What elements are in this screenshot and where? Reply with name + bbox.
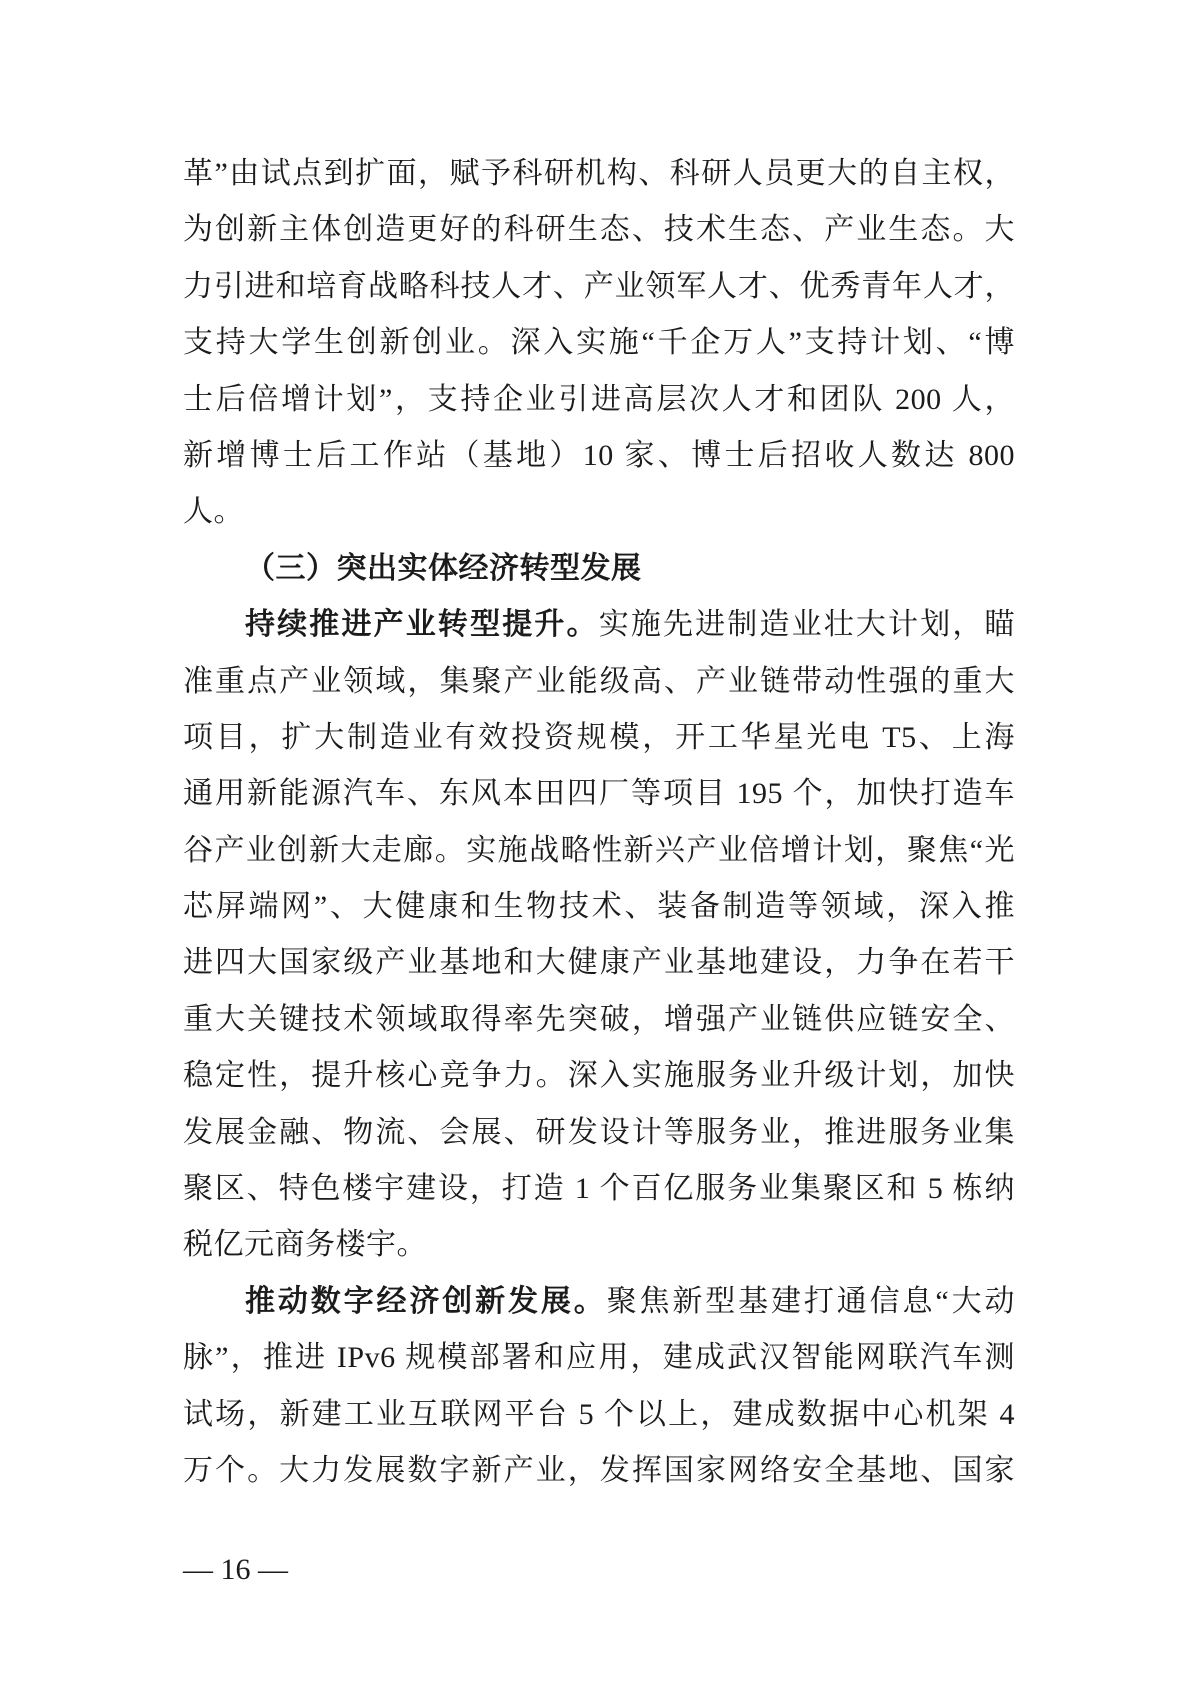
document-page: 革”由试点到扩面，赋予科研机构、科研人员更大的自主权，为创新主体创造更好的科研生… [0,0,1199,1696]
text-run: 通用新能源汽车、东风本田四厂等项目 195 个，加快打造车 [183,777,1015,810]
text-run: 进四大国家级产业基地和大健康产业基地建设，力争在若干 [183,946,1015,979]
text-run: 实施先进制造业壮大计划，瞄 [599,608,1015,641]
text-run: 脉”，推进 IPv6 规模部署和应用，建成武汉智能网联汽车测 [183,1341,1015,1374]
text-run: 发展金融、物流、会展、研发设计等服务业，推进服务业集 [183,1116,1015,1149]
text-run: 为创新主体创造更好的科研生态、技术生态、产业生态。大 [183,213,1015,246]
text-line: 稳定性，提升核心竞争力。深入实施服务业升级计划，加快 [183,1048,1015,1104]
bold-run: 推动数字经济创新发展。 [245,1285,607,1318]
text-run: 税亿元商务楼宇。 [183,1228,427,1261]
text-run: 聚焦新型基建打通信息“大动 [607,1285,1015,1318]
section-heading: （三）突出实体经济转型发展 [183,541,1015,597]
text-run: 革”由试点到扩面，赋予科研机构、科研人员更大的自主权， [183,157,1015,190]
text-run: 试场，新建工业互联网平台 5 个以上，建成数据中心机架 4 [183,1398,1015,1431]
text-run: 士后倍增计划”，支持企业引进高层次人才和团队 200 人， [183,383,1015,416]
text-line: 革”由试点到扩面，赋予科研机构、科研人员更大的自主权， [183,146,1015,202]
text-line: 万个。大力发展数字新产业，发挥国家网络安全基地、国家 [183,1443,1015,1499]
text-line: 力引进和培育战略科技人才、产业领军人才、优秀青年人才， [183,259,1015,315]
text-run: 重大关键技术领域取得率先突破，增强产业链供应链安全、 [183,1003,1015,1036]
text-run: 聚区、特色楼宇建设，打造 1 个百亿服务业集聚区和 5 栋纳 [183,1172,1015,1205]
document-body: 革”由试点到扩面，赋予科研机构、科研人员更大的自主权，为创新主体创造更好的科研生… [183,146,1015,1499]
text-line: 支持大学生创新创业。深入实施“千企万人”支持计划、“博 [183,315,1015,371]
text-run: 项目，扩大制造业有效投资规模，开工华星光电 T5、上海 [183,721,1015,754]
text-run: 新增博士后工作站（基地）10 家、博士后招收人数达 800 [183,439,1015,472]
bold-run: （三）突出实体经济转型发展 [245,552,642,585]
text-line: 重大关键技术领域取得率先突破，增强产业链供应链安全、 [183,992,1015,1048]
text-line: 通用新能源汽车、东风本田四厂等项目 195 个，加快打造车 [183,766,1015,822]
text-line: 税亿元商务楼宇。 [183,1217,1015,1273]
page-number: — 16 — [183,1553,288,1586]
text-line: 准重点产业领域，集聚产业能级高、产业链带动性强的重大 [183,654,1015,710]
bold-run: 持续推进产业转型提升。 [245,608,599,641]
text-line: 脉”，推进 IPv6 规模部署和应用，建成武汉智能网联汽车测 [183,1330,1015,1386]
text-line: 芯屏端网”、大健康和生物技术、装备制造等领域，深入推 [183,879,1015,935]
text-run: 人。 [183,495,244,528]
text-line: 发展金融、物流、会展、研发设计等服务业，推进服务业集 [183,1105,1015,1161]
text-run: 芯屏端网”、大健康和生物技术、装备制造等领域，深入推 [183,890,1015,923]
text-line: 进四大国家级产业基地和大健康产业基地建设，力争在若干 [183,935,1015,991]
text-line: 人。 [183,484,1015,540]
page-footer: — 16 — [183,1548,288,1592]
text-run: 谷产业创新大走廊。实施战略性新兴产业倍增计划，聚焦“光 [183,834,1015,867]
text-line: 谷产业创新大走廊。实施战略性新兴产业倍增计划，聚焦“光 [183,823,1015,879]
text-line: 聚区、特色楼宇建设，打造 1 个百亿服务业集聚区和 5 栋纳 [183,1161,1015,1217]
text-run: 力引进和培育战略科技人才、产业领军人才、优秀青年人才， [183,270,1015,303]
text-run: 稳定性，提升核心竞争力。深入实施服务业升级计划，加快 [183,1059,1015,1092]
text-line: 为创新主体创造更好的科研生态、技术生态、产业生态。大 [183,202,1015,258]
text-line: 项目，扩大制造业有效投资规模，开工华星光电 T5、上海 [183,710,1015,766]
text-run: 万个。大力发展数字新产业，发挥国家网络安全基地、国家 [183,1454,1015,1487]
text-line: 推动数字经济创新发展。聚焦新型基建打通信息“大动 [183,1274,1015,1330]
text-line: 士后倍增计划”，支持企业引进高层次人才和团队 200 人， [183,372,1015,428]
text-line: 持续推进产业转型提升。实施先进制造业壮大计划，瞄 [183,597,1015,653]
text-line: 试场，新建工业互联网平台 5 个以上，建成数据中心机架 4 [183,1387,1015,1443]
text-line: 新增博士后工作站（基地）10 家、博士后招收人数达 800 [183,428,1015,484]
text-run: 准重点产业领域，集聚产业能级高、产业链带动性强的重大 [183,665,1015,698]
text-run: 支持大学生创新创业。深入实施“千企万人”支持计划、“博 [183,326,1015,359]
